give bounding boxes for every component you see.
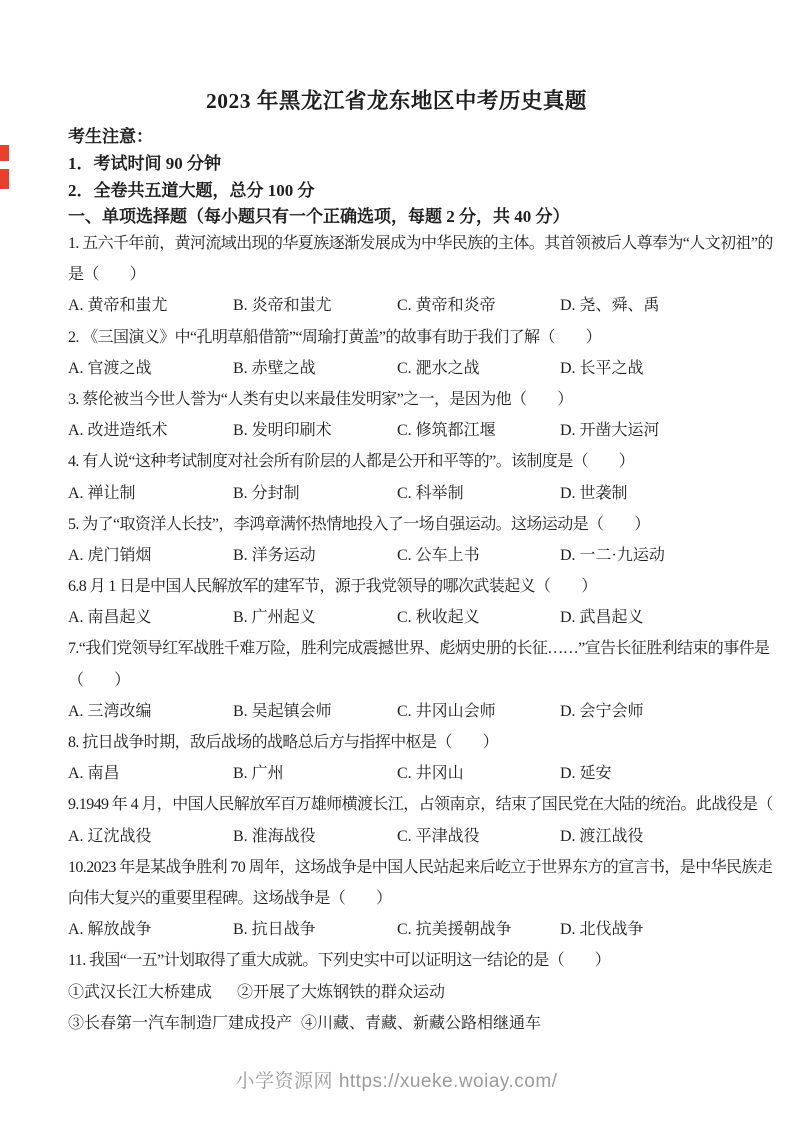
question-8-options: A. 南昌 B. 广州 C. 井冈山 D. 延安 bbox=[68, 758, 780, 789]
question-10-option-c: C. 抗美援朝战争 bbox=[397, 914, 560, 945]
red-marker-icon bbox=[0, 145, 9, 161]
question-8-option-b: B. 广州 bbox=[233, 758, 397, 789]
question-10-text-line-1: 10.2023 年是某战争胜利 70 周年，这场战争是中国人民站起来后屹立于世界… bbox=[68, 852, 780, 883]
question-3-option-a: A. 改进造纸术 bbox=[68, 415, 233, 446]
question-11-subitem-2: ②开展了大炼钢铁的群众运动 bbox=[237, 984, 445, 1001]
question-6-options: A. 南昌起义 B. 广州起义 C. 秋收起义 D. 武昌起义 bbox=[68, 602, 780, 633]
question-10-option-b: B. 抗日战争 bbox=[233, 914, 397, 945]
question-8-option-d: D. 延安 bbox=[560, 758, 780, 789]
question-4-text: 4. 有人说“这种考试制度对社会所有阶层的人都是公开和平等的”。该制度是（ ） bbox=[68, 446, 780, 477]
question-9-option-a: A. 辽沈战役 bbox=[68, 821, 233, 852]
question-6-option-b: B. 广州起义 bbox=[233, 602, 397, 633]
question-6-option-a: A. 南昌起义 bbox=[68, 602, 233, 633]
question-9-text: 9.1949 年 4 月，中国人民解放军百万雄师横渡长江，占领南京，结束了国民党… bbox=[68, 789, 780, 820]
question-3-text: 3. 蔡伦被当今世人誉为“人类有史以来最佳发明家”之一，是因为他（ ） bbox=[68, 384, 780, 415]
question-7-option-b: B. 吴起镇会师 bbox=[233, 696, 397, 727]
question-4-option-a: A. 禅让制 bbox=[68, 478, 233, 509]
notice-heading: 考生注意： bbox=[68, 124, 570, 151]
question-7-option-a: A. 三湾改编 bbox=[68, 696, 233, 727]
question-1-option-d: D. 尧、舜、禹 bbox=[560, 290, 780, 321]
page-title: 2023 年黑龙江省龙东地区中考历史真题 bbox=[0, 84, 793, 115]
question-1-text-line-1: 1. 五六千年前，黄河流域出现的华夏族逐渐发展成为中华民族的主体。其首领被后人尊… bbox=[68, 228, 780, 259]
question-9-option-b: B. 淮海战役 bbox=[233, 821, 397, 852]
question-8-text: 8. 抗日战争时期，敌后战场的战略总后方与指挥中枢是（ ） bbox=[68, 727, 780, 758]
question-9-option-d: D. 渡江战役 bbox=[560, 821, 780, 852]
question-10-options: A. 解放战争 B. 抗日战争 C. 抗美援朝战争 D. 北伐战争 bbox=[68, 914, 780, 945]
question-3-option-d: D. 开凿大运河 bbox=[560, 415, 780, 446]
question-list: 1. 五六千年前，黄河流域出现的华夏族逐渐发展成为中华民族的主体。其首领被后人尊… bbox=[68, 228, 780, 1039]
exam-paper-page: 2023 年黑龙江省龙东地区中考历史真题 考生注意： 1．考试时间 90 分钟 … bbox=[0, 0, 793, 1122]
question-2-option-d: D. 长平之战 bbox=[560, 353, 780, 384]
question-9-option-c: C. 平津战役 bbox=[397, 821, 560, 852]
question-2-options: A. 官渡之战 B. 赤壁之战 C. 淝水之战 D. 长平之战 bbox=[68, 353, 780, 384]
question-7-options: A. 三湾改编 B. 吴起镇会师 C. 井冈山会师 D. 会宁会师 bbox=[68, 696, 780, 727]
question-1-option-a: A. 黄帝和蚩尤 bbox=[68, 290, 233, 321]
question-3-option-c: C. 修筑都江堰 bbox=[397, 415, 560, 446]
question-6-text: 6.8 月 1 日是中国人民解放军的建军节，源于我党领导的哪次武装起义（ ） bbox=[68, 571, 780, 602]
question-1-text-line-2: 是（ ） bbox=[68, 259, 780, 290]
question-8-option-c: C. 井冈山 bbox=[397, 758, 560, 789]
question-7-option-c: C. 井冈山会师 bbox=[397, 696, 560, 727]
question-11-subitems-row-1: ①武汉长江大桥建成 ②开展了大炼钢铁的群众运动 bbox=[68, 977, 780, 1008]
question-4-option-d: D. 世袭制 bbox=[560, 478, 780, 509]
question-3-options: A. 改进造纸术 B. 发明印刷术 C. 修筑都江堰 D. 开凿大运河 bbox=[68, 415, 780, 446]
question-10-option-d: D. 北伐战争 bbox=[560, 914, 780, 945]
question-5-option-b: B. 洋务运动 bbox=[233, 540, 397, 571]
question-1-option-c: C. 黄帝和炎帝 bbox=[397, 290, 560, 321]
footer: 小学资源网 https://xueke.woiay.com/ bbox=[0, 1066, 793, 1093]
question-5-options: A. 虎门销烟 B. 洋务运动 C. 公车上书 D. 一二·九运动 bbox=[68, 540, 780, 571]
notice-item-1: 1．考试时间 90 分钟 bbox=[68, 151, 570, 178]
question-4-option-b: B. 分封制 bbox=[233, 478, 397, 509]
footer-site-link[interactable]: 小学资源网 https://xueke.woiay.com/ bbox=[236, 1071, 558, 1092]
question-5-option-a: A. 虎门销烟 bbox=[68, 540, 233, 571]
question-3-option-b: B. 发明印刷术 bbox=[233, 415, 397, 446]
question-5-text: 5. 为了“取资洋人长技”，李鸿章满怀热情地投入了一场自强运动。这场运动是（ ） bbox=[68, 509, 780, 540]
question-10-text-line-2: 向伟大复兴的重要里程碑。这场战争是（ ） bbox=[68, 883, 780, 914]
question-11-subitem-4: ④川藏、青藏、新藏公路相继通车 bbox=[301, 1015, 541, 1032]
question-11-subitems-row-2: ③长春第一汽车制造厂建成投产 ④川藏、青藏、新藏公路相继通车 bbox=[68, 1008, 780, 1039]
question-8-option-a: A. 南昌 bbox=[68, 758, 233, 789]
question-1-options: A. 黄帝和蚩尤 B. 炎帝和蚩尤 C. 黄帝和炎帝 D. 尧、舜、禹 bbox=[68, 290, 780, 321]
question-10-option-a: A. 解放战争 bbox=[68, 914, 233, 945]
question-2-option-b: B. 赤壁之战 bbox=[233, 353, 397, 384]
question-4-option-c: C. 科举制 bbox=[397, 478, 560, 509]
question-2-option-a: A. 官渡之战 bbox=[68, 353, 233, 384]
question-11-subitem-1: ①武汉长江大桥建成 bbox=[68, 977, 233, 1008]
question-2-option-c: C. 淝水之战 bbox=[397, 353, 560, 384]
question-5-option-d: D. 一二·九运动 bbox=[560, 540, 780, 571]
question-2-text: 2. 《三国演义》中“孔明草船借箭”“周瑜打黄盖”的故事有助于我们了解（ ） bbox=[68, 322, 780, 353]
question-6-option-d: D. 武昌起义 bbox=[560, 602, 780, 633]
red-marker-icon bbox=[0, 169, 9, 189]
notice-item-2: 2．全卷共五道大题，总分 100 分 bbox=[68, 178, 570, 205]
question-7-option-d: D. 会宁会师 bbox=[560, 696, 780, 727]
question-5-option-c: C. 公车上书 bbox=[397, 540, 560, 571]
question-11-subitem-3: ③长春第一汽车制造厂建成投产 bbox=[68, 1008, 297, 1039]
question-9-options: A. 辽沈战役 B. 淮海战役 C. 平津战役 D. 渡江战役 bbox=[68, 821, 780, 852]
question-6-option-c: C. 秋收起义 bbox=[397, 602, 560, 633]
question-7-text-line-1: 7.“我们党领导红军战胜千难万险，胜利完成震撼世界、彪炳史册的长征……”宣告长征… bbox=[68, 633, 780, 664]
question-7-text-line-2: （ ） bbox=[68, 665, 780, 696]
question-1-option-b: B. 炎帝和蚩尤 bbox=[233, 290, 397, 321]
notice-block: 考生注意： 1．考试时间 90 分钟 2．全卷共五道大题，总分 100 分 一、… bbox=[68, 124, 570, 231]
question-4-options: A. 禅让制 B. 分封制 C. 科举制 D. 世袭制 bbox=[68, 478, 780, 509]
question-11-text: 11. 我国“一五”计划取得了重大成就。下列史实中可以证明这一结论的是（ ） bbox=[68, 945, 780, 976]
